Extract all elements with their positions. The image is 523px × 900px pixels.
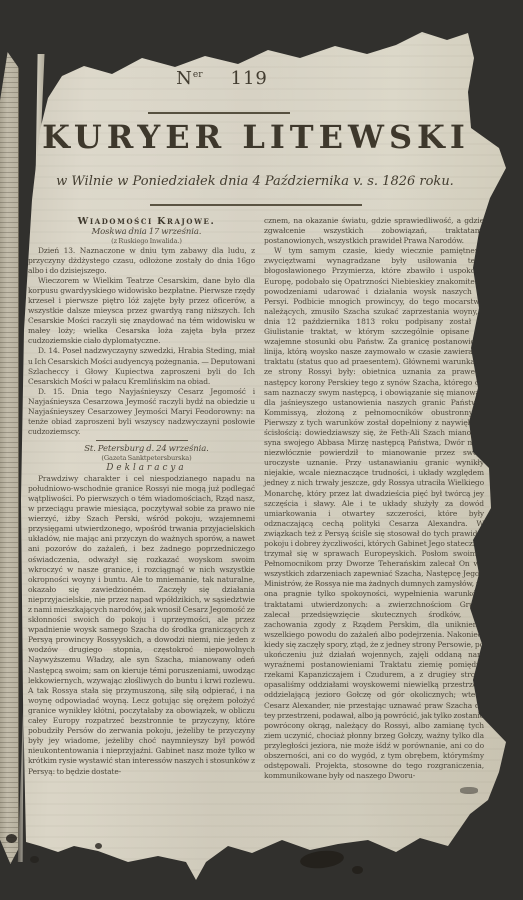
masthead-rule-top bbox=[148, 112, 290, 114]
article-paragraph: cznem, na okazanie światu, gdzie sprawie… bbox=[264, 216, 484, 246]
section-dateline: Moskwa dnia 17 września. bbox=[28, 227, 255, 237]
article-paragraph: Prawdziwy charakter i cel niespodzianego… bbox=[28, 474, 255, 777]
issue-prefix: N bbox=[176, 68, 193, 89]
adjacent-page-sliver bbox=[0, 52, 19, 864]
issue-superscript: er bbox=[193, 70, 203, 80]
section-source: (z Ruskiego Inwalida.) bbox=[28, 237, 255, 246]
section-source: (Gazeta Sanktpetersburska) bbox=[28, 454, 255, 463]
article-paragraph: D. 15. Dnia tego Nayjaśnieyszy Cesarz Je… bbox=[28, 387, 255, 437]
ink-stain bbox=[299, 849, 345, 871]
ink-stain bbox=[30, 856, 39, 863]
section-divider bbox=[96, 440, 188, 441]
issue-number: 119 bbox=[231, 68, 268, 89]
article-paragraph: Dzień 13. Naznaczone w dniu tym zabawy d… bbox=[28, 246, 255, 276]
article-paragraph: W tym samym czasie, kiedy wiecznie pamię… bbox=[264, 246, 484, 781]
left-column: Wiadomości Krajowe. Moskwa dnia 17 wrześ… bbox=[28, 216, 255, 781]
right-column: cznem, na okazanie światu, gdzie sprawie… bbox=[264, 216, 484, 781]
issue-number-line: Ner119 bbox=[0, 68, 444, 89]
ink-stain bbox=[352, 866, 363, 874]
ink-stain bbox=[460, 787, 478, 794]
article-paragraph: Wieczorem w Wielkim Teatrze Cesarskim, d… bbox=[28, 276, 255, 347]
issue-dateline: w Wilnie w Poniedziałek dnia 4 Październ… bbox=[20, 174, 490, 189]
newspaper-page: Ner119 KURYER LITEWSKI w Wilnie w Ponied… bbox=[0, 0, 523, 900]
section-dateline: St. Petersburg d. 24 września. bbox=[28, 444, 255, 454]
ink-stain bbox=[95, 843, 102, 849]
masthead-rule-bottom bbox=[150, 204, 362, 206]
page-title: KURYER LITEWSKI bbox=[20, 118, 492, 156]
newspaper-scan: Ner119 KURYER LITEWSKI w Wilnie w Ponied… bbox=[0, 0, 523, 900]
article-paragraph: D. 14. Poseł nadzwyczayny szwedzki, Hrab… bbox=[28, 346, 255, 386]
article-columns: Wiadomości Krajowe. Moskwa dnia 17 wrześ… bbox=[28, 216, 484, 781]
ink-stain bbox=[6, 834, 17, 843]
section-subheading: Deklaracya bbox=[28, 463, 255, 474]
section-heading: Wiadomości Krajowe. bbox=[28, 216, 255, 227]
